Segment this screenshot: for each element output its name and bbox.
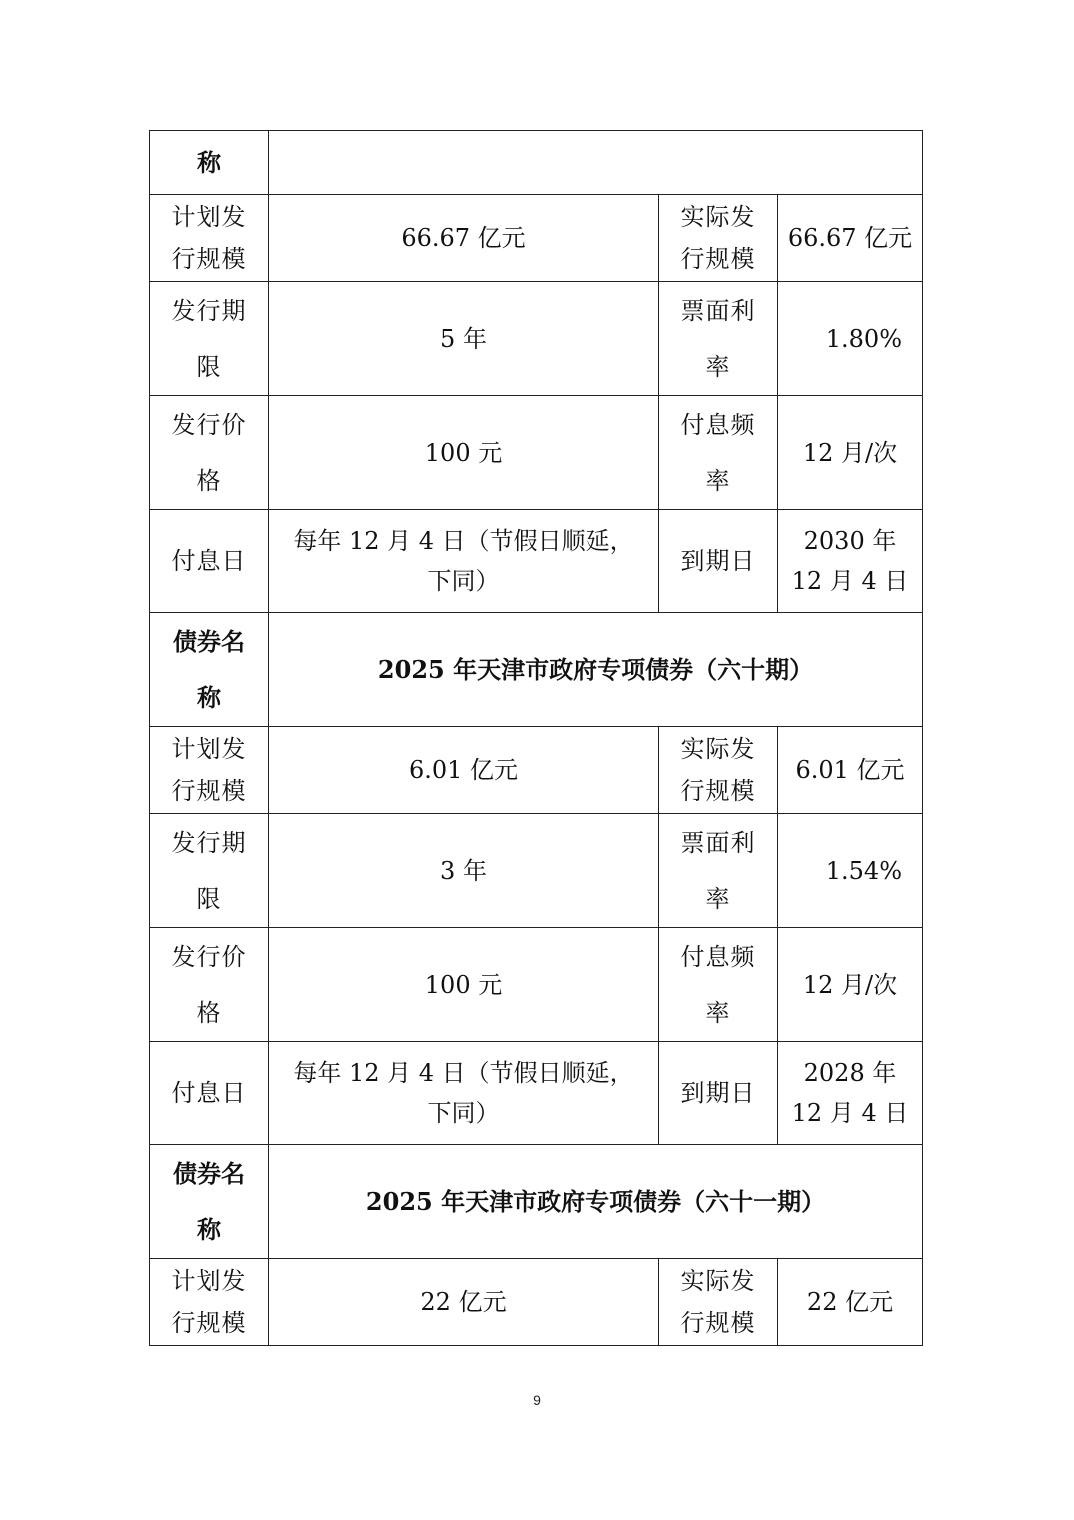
bond-name-row: 债券名称 2025 年天津市政府专项债券（六十一期）: [150, 1145, 923, 1259]
scale-row: 计划发行规模 6.01 亿元 实际发行规模 6.01 亿元: [150, 727, 923, 814]
coupon-value: 1.80%: [778, 282, 923, 396]
term-label: 发行期限: [150, 282, 269, 396]
bond-name-label: 债券名称: [150, 1145, 269, 1259]
scale-row: 计划发行规模 66.67 亿元 实际发行规模 66.67 亿元: [150, 195, 923, 282]
freq-value: 12 月/次: [778, 928, 923, 1042]
plan-scale-value: 22 亿元: [269, 1259, 659, 1346]
bond-name-row-continued: 称: [150, 131, 923, 195]
date-row: 付息日 每年 12 月 4 日（节假日顺延，下同） 到期日 2028 年12 月…: [150, 1042, 923, 1145]
freq-label: 付息频率: [659, 928, 778, 1042]
price-value: 100 元: [269, 396, 659, 510]
bond-name-value: 2025 年天津市政府专项债券（六十期）: [269, 613, 923, 727]
coupon-value: 1.54%: [778, 814, 923, 928]
term-row: 发行期限 3 年 票面利率 1.54%: [150, 814, 923, 928]
scale-row: 计划发行规模 22 亿元 实际发行规模 22 亿元: [150, 1259, 923, 1346]
coupon-label: 票面利率: [659, 814, 778, 928]
term-row: 发行期限 5 年 票面利率 1.80%: [150, 282, 923, 396]
term-value: 3 年: [269, 814, 659, 928]
freq-value: 12 月/次: [778, 396, 923, 510]
actual-scale-label: 实际发行规模: [659, 195, 778, 282]
maturity-label: 到期日: [659, 1042, 778, 1145]
pay-date-label: 付息日: [150, 1042, 269, 1145]
bond-name-value: [269, 131, 923, 195]
plan-scale-label: 计划发行规模: [150, 727, 269, 814]
date-row: 付息日 每年 12 月 4 日（节假日顺延，下同） 到期日 2030 年12 月…: [150, 510, 923, 613]
pay-date-label: 付息日: [150, 510, 269, 613]
plan-scale-value: 6.01 亿元: [269, 727, 659, 814]
freq-label: 付息频率: [659, 396, 778, 510]
bond-name-label: 债券名称: [150, 613, 269, 727]
actual-scale-value: 22 亿元: [778, 1259, 923, 1346]
price-label: 发行价格: [150, 928, 269, 1042]
actual-scale-value: 66.67 亿元: [778, 195, 923, 282]
price-value: 100 元: [269, 928, 659, 1042]
actual-scale-label: 实际发行规模: [659, 1259, 778, 1346]
maturity-value: 2028 年12 月 4 日: [778, 1042, 923, 1145]
plan-scale-label: 计划发行规模: [150, 1259, 269, 1346]
bond-name-value: 2025 年天津市政府专项债券（六十一期）: [269, 1145, 923, 1259]
actual-scale-value: 6.01 亿元: [778, 727, 923, 814]
bond-name-label: 称: [150, 131, 269, 195]
term-value: 5 年: [269, 282, 659, 396]
actual-scale-label: 实际发行规模: [659, 727, 778, 814]
maturity-value: 2030 年12 月 4 日: [778, 510, 923, 613]
plan-scale-value: 66.67 亿元: [269, 195, 659, 282]
price-row: 发行价格 100 元 付息频率 12 月/次: [150, 396, 923, 510]
page-number: 9: [0, 1392, 1074, 1408]
price-label: 发行价格: [150, 396, 269, 510]
bond-name-row: 债券名称 2025 年天津市政府专项债券（六十期）: [150, 613, 923, 727]
coupon-label: 票面利率: [659, 282, 778, 396]
pay-date-value: 每年 12 月 4 日（节假日顺延，下同）: [269, 1042, 659, 1145]
plan-scale-label: 计划发行规模: [150, 195, 269, 282]
price-row: 发行价格 100 元 付息频率 12 月/次: [150, 928, 923, 1042]
term-label: 发行期限: [150, 814, 269, 928]
pay-date-value: 每年 12 月 4 日（节假日顺延，下同）: [269, 510, 659, 613]
maturity-label: 到期日: [659, 510, 778, 613]
bond-info-table: 称 计划发行规模 66.67 亿元 实际发行规模 66.67 亿元 发行期限 5…: [149, 130, 923, 1346]
